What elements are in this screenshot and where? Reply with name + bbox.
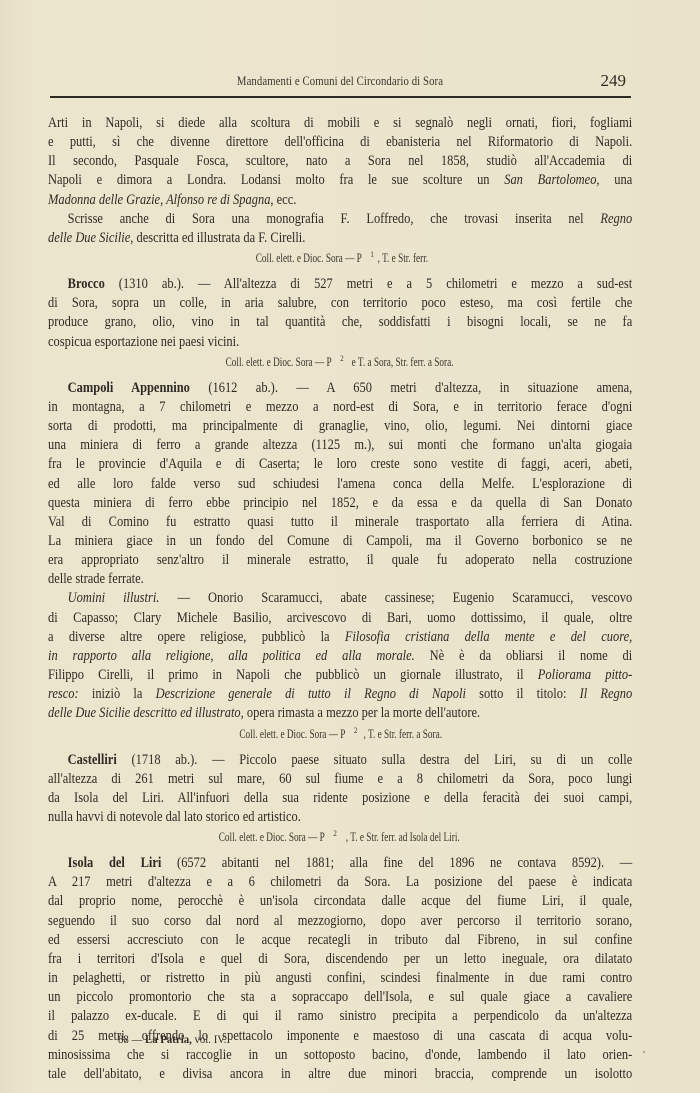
signature-footer: 88 — La Patria, vol. IV. [118,1032,238,1047]
artwork-title: San Bartolomeo [504,171,596,188]
journal-title: Poliorama pitto- [538,666,632,683]
book-title: Descrizione generale di tutto il Regno d… [156,685,466,702]
text-line: delle Due Sicilie, descritta ed illustra… [48,228,632,247]
administrative-note: Coll. elett. e Dioc. Sora — P2, T. e Str… [48,725,632,743]
text-line: nulla havvi di notevole dal lato storico… [48,807,632,826]
administrative-note: Coll. elett. e Dioc. Sora — P1, T. e Str… [48,249,632,267]
text-line: ed essersi accresciuto con le acque reca… [48,930,632,949]
text-line: e putti, sì che divenne direttore dell'o… [48,132,632,151]
text-line: ed alle loro falde verso sud schiudesi l… [48,474,632,493]
text-line: seguendo il suo corso dal nord al mezzog… [48,911,632,930]
text-line: delle strade ferrate. [48,569,632,588]
text-line: tale dell'abitato, e divisa ancora in al… [48,1064,632,1083]
entry-name: Castelliri [68,751,117,768]
entry-campoli-appennino: Campoli Appennino (1612 ab.). — A 650 me… [48,378,632,743]
text-line: Isola del Liri (6572 abitanti nel 1881; … [48,853,632,872]
artwork-titles: Madonna delle Grazie, Alfonso re di Spag… [48,191,270,208]
book-title: delle Due Sicilie [48,229,130,246]
text-line: un piccolo promontorio che sta a sopracc… [48,987,632,1006]
book-page: Mandamenti e Comuni del Circondario di S… [0,0,700,1093]
text-line: di Sora, sopra un colle, in aria salubre… [48,293,632,312]
header-rule [50,96,631,98]
text-line: cospicua esportazione nei paesi vicini. [48,332,632,351]
text-line: una miniera di ferro a grande altezza (1… [48,435,632,454]
text-line: Campoli Appennino (1612 ab.). — A 650 me… [48,378,632,397]
text-line: Uomini illustri. — Onorio Scaramucci, ab… [48,588,632,607]
book-title: Filosofia cristiana della mente e del cu… [345,628,632,645]
text-line: Castelliri (1718 ab.). — Piccolo paese s… [48,750,632,769]
section-label: Uomini illustri. [68,589,160,606]
entry-name: Brocco [68,275,105,292]
entry-isola-del-liri: Isola del Liri (6572 abitanti nel 1881; … [48,853,632,1083]
book-title: Il Regno [580,685,633,702]
text-line: era appropriato senz'altro il minerale e… [48,550,632,569]
administrative-note: Coll. elett. e Dioc. Sora — P2 e T. a So… [48,353,632,371]
text-line: il palazzo ex-ducale. E di qui il ramo s… [48,1006,632,1025]
running-title: Mandamenti e Comuni del Circondario di S… [89,74,591,89]
text-line: produce grano, olio, vino in tal quantit… [48,312,632,331]
body-text: Arti in Napoli, si diede alla scoltura d… [48,113,632,1083]
text-line: Arti in Napoli, si diede alla scoltura d… [48,113,632,132]
text-line: a diverse altre opere religiose, pubblic… [48,627,632,646]
text-line: Madonna delle Grazie, Alfonso re di Spag… [48,190,632,209]
text-line: questa miniera di ferro ebbe principio n… [48,493,632,512]
administrative-note: Coll. elett. e Dioc. Sora — P2, T. e Str… [48,828,632,846]
text-line: fra i territori d'Isola e quel di Sora, … [48,949,632,968]
text-line: Il secondo, Pasquale Fosca, scultore, na… [48,151,632,170]
text-line: fra le provincie d'Aquila e di Caserta; … [48,454,632,473]
entry-name: Campoli Appennino [68,379,190,396]
text-line: A 217 metri d'altezza e a 6 chilometri d… [48,872,632,891]
text-line: in montagna, a 7 chilometri e mezzo a no… [48,397,632,416]
text-line: in rapporto alla religione, alla politic… [48,646,632,665]
text-line: Scrisse anche di Sora una monografia F. … [48,209,632,228]
text-line: Val di Comino fu estratto quasi tutto il… [48,512,632,531]
page-number: 249 [601,71,627,91]
running-head: Mandamenti e Comuni del Circondario di S… [48,74,632,94]
text-line: in pelaghetti, or ristretto in più angus… [48,968,632,987]
text-line: resco: iniziò la Descrizione generale di… [48,684,632,703]
text-line: delle Due Sicilie descritto ed illustrat… [48,703,632,722]
journal-name: La Patria, [145,1032,192,1046]
text-line: Napoli e dimora a Londra. Lodansi molto … [48,170,632,189]
text-line: all'altezza di 261 metri sul mare, 60 su… [48,769,632,788]
entry-castelliri: Castelliri (1718 ab.). — Piccolo paese s… [48,750,632,847]
text-line: sorta di prodotti, ma principalmente di … [48,416,632,435]
text-line: Brocco (1310 ab.). — All'altezza di 527 … [48,274,632,293]
text-line: dal proprio nome, perocchè è un'isola ci… [48,891,632,910]
text-line: minosissima che si raccoglie in un sotto… [48,1045,632,1064]
book-title: Regno [600,210,632,227]
entry-brocco: Brocco (1310 ab.). — All'altezza di 527 … [48,274,632,371]
book-title: delle Due Sicilie descritto ed illustrat… [48,704,241,721]
text-line: Filippo Cirelli, il primo in Napoli che … [48,665,632,684]
book-title: in rapporto alla religione, alla politic… [48,647,415,664]
text-line: di Capasso; Clary Michele Basilio, arciv… [48,608,632,627]
page-speck [643,1051,645,1053]
text-line: da Isola del Liri. All'infuori della sua… [48,788,632,807]
entry-name: Isola del Liri [68,854,162,871]
text-line: La miniera giace in un fondo del Comune … [48,531,632,550]
